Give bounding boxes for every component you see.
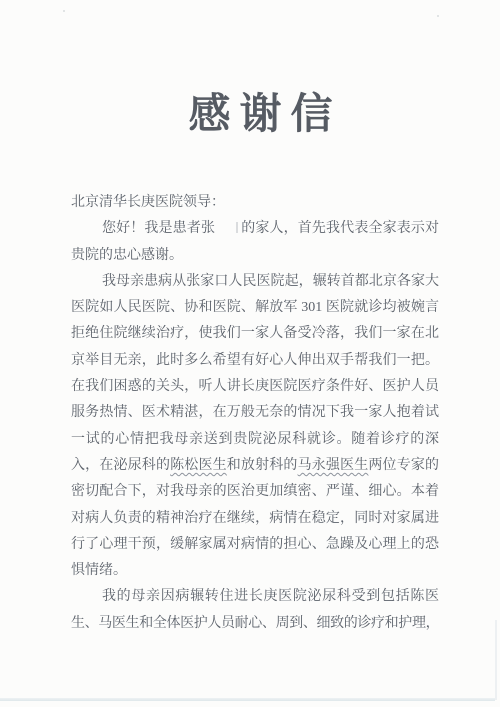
letter-line: 医院如人民医院、协和医院、解放军 301 医院就诊均被婉言 (71, 295, 439, 321)
text-run: 拒绝住院继续治疗，使我们一家人备受冷落，我们一家在北 (71, 326, 439, 341)
letter-line: 对病人负责的精神治疗在继续，病情在稳定，同时对家属进 (71, 506, 439, 532)
text-run: 北京清华长庚医院领导： (71, 195, 225, 210)
letter-line: 京举目无亲，此时多么希望有好心人伸出双手帮我们一把。 (71, 348, 439, 374)
text-run: 生、马医生和全体医护人员耐心、周到、细致的诊疗和护理， (71, 616, 439, 631)
text-run: 行了心理干预，缓解家属对病情的担心、急躁及心理上的恐 (71, 537, 439, 552)
letter-line: 贵院的忠心感谢。 (71, 243, 439, 269)
text-run: 惧情绪。 (71, 563, 127, 578)
text-run: 我的母亲因病辗转住进长庚医院泌尿科受到包括陈医 (102, 589, 439, 604)
text-run: 您好！我是患者张 (102, 221, 215, 236)
letter-title: 感谢信 (30, 90, 500, 138)
letter-line: 我的母亲因病辗转住进长庚医院泌尿科受到包括陈医 (71, 584, 439, 610)
letter-line: 拒绝住院继续治疗，使我们一家人备受冷落，我们一家在北 (71, 321, 439, 347)
letter-line: 生、马医生和全体医护人员耐心、周到、细致的诊疗和护理， (71, 611, 439, 637)
text-run: 两位专家的 (368, 458, 439, 473)
text-run: 和放射科的 (227, 458, 298, 473)
letter-line: 一试的心情把我母亲送到贵院泌尿科就诊。随着诊疗的深 (71, 427, 439, 453)
doctor-name-underlined: 陈松医生 (170, 458, 227, 473)
text-run: 的家人，首先我代表全家表示对 (241, 221, 439, 236)
scan-speck (437, 15, 439, 17)
letter-line: 在我们困惑的关头，听人讲长庚医院医疗条件好、医护人员 (71, 374, 439, 400)
letter-line: 密切配合下，对我母亲的医治更加缜密、严谨、细心。本着 (71, 479, 439, 505)
scan-speck (63, 10, 65, 12)
text-run: 我母亲患病从张家口人民医院起，辗转首都北京各家大 (102, 274, 439, 289)
letter-line: 服务热情、医术精湛，在万般无奈的情况下我一家人抱着试 (71, 400, 439, 426)
text-run: 在我们困惑的关头，听人讲长庚医院医疗条件好、医护人员 (71, 379, 439, 394)
scan-edge-right (495, 620, 497, 700)
letter-line: 行了心理干预，缓解家属对病情的担心、急躁及心理上的恐 (71, 532, 439, 558)
text-run: 贵院的忠心感谢。 (71, 248, 183, 263)
text-run: 服务热情、医术精湛，在万般无奈的情况下我一家人抱着试 (71, 405, 439, 420)
letter-line: 北京清华长庚医院领导： (71, 190, 439, 216)
redacted-patient-name (215, 220, 241, 234)
text-run: 密切配合下，对我母亲的医治更加缜密、严谨、细心。本着 (71, 484, 439, 499)
scanned-letter-page: 感谢信 北京清华长庚医院领导：您好！我是患者张的家人，首先我代表全家表示对贵院的… (0, 0, 500, 707)
doctor-name-underlined: 马永强医生 (298, 458, 369, 473)
letter-line: 入，在泌尿科的陈松医生和放射科的马永强医生两位专家的 (71, 453, 439, 479)
letter-line: 您好！我是患者张的家人，首先我代表全家表示对 (71, 216, 439, 242)
letter-body: 北京清华长庚医院领导：您好！我是患者张的家人，首先我代表全家表示对贵院的忠心感谢… (71, 190, 439, 637)
text-run: 一试的心情把我母亲送到贵院泌尿科就诊。随着诊疗的深 (71, 432, 439, 447)
text-run: 京举目无亲，此时多么希望有好心人伸出双手帮我们一把。 (71, 353, 439, 368)
letter-line: 惧情绪。 (71, 558, 439, 584)
scan-edge-bottom (0, 698, 495, 701)
letter-line: 我母亲患病从张家口人民医院起，辗转首都北京各家大 (71, 269, 439, 295)
text-run: 入，在泌尿科的 (71, 458, 170, 473)
text-run: 对病人负责的精神治疗在继续，病情在稳定，同时对家属进 (71, 511, 439, 526)
text-run: 医院如人民医院、协和医院、解放军 301 医院就诊均被婉言 (71, 300, 439, 315)
